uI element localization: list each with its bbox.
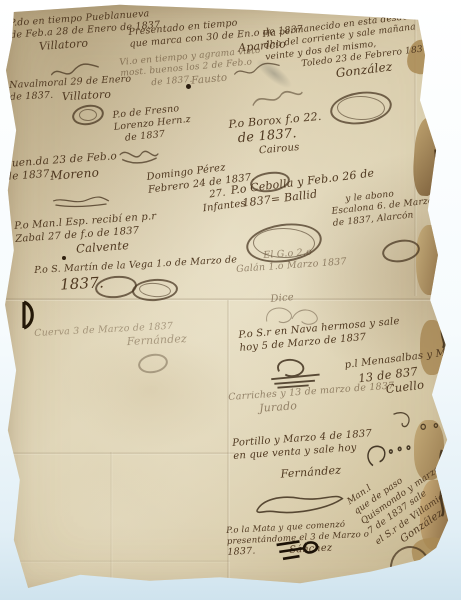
rubric-flourish bbox=[251, 489, 347, 520]
light-patch-stain bbox=[40, 470, 200, 570]
rubric-flourish bbox=[362, 440, 417, 472]
fold-crease-horizontal-left bbox=[0, 452, 235, 455]
rubric-flourish bbox=[388, 408, 443, 433]
annotation-fuensalida: Fuen.da 23 de Feb.o de 1837. Moreno bbox=[4, 150, 119, 187]
annotation-fresno: P.o de Fresno Lorenzo Hern.z de 1837 bbox=[112, 102, 193, 146]
annotation-borox: P.o Borox f.o 22. de 1837. Cairous bbox=[228, 110, 325, 160]
annotation-zabal: P.o Man.l Esp. recibí en p.r Zabal 27 de… bbox=[14, 211, 159, 260]
printed-fragment bbox=[439, 254, 449, 269]
rubric-flourish bbox=[328, 88, 394, 128]
signature: Fernández bbox=[280, 461, 375, 481]
signature: Moreno bbox=[50, 164, 119, 184]
document-scan: P.do en tiempo Pueblanueva de Feb.a 28 d… bbox=[0, 0, 461, 600]
torn-edge-chunk bbox=[416, 225, 446, 295]
printed-fragment bbox=[427, 35, 438, 49]
rubric-flourish bbox=[118, 146, 160, 164]
edge-ink-marks bbox=[438, 295, 448, 350]
manuscript-paper: P.do en tiempo Pueblanueva de Feb.a 28 d… bbox=[0, 0, 461, 600]
rubric-flourish bbox=[272, 538, 327, 564]
annotation-navalmoral: Navalmoral 29 de Enero de 1837. Villator… bbox=[9, 74, 132, 107]
fold-crease-horizontal-main bbox=[0, 298, 461, 301]
hw-line: Galán 1.o Marzo 1837 bbox=[236, 256, 347, 276]
ink-blot bbox=[20, 300, 38, 330]
annotation-portillo: Portillo y Marzo 4 de 1837 en que venta … bbox=[232, 428, 375, 484]
annotation-carriches: Carriches y 13 de marzo de 1837 Jurado bbox=[228, 380, 396, 417]
rubric-flourish bbox=[249, 85, 306, 111]
edge-ink-marks bbox=[442, 370, 452, 415]
rubric-flourish bbox=[71, 102, 106, 127]
printed-fragment bbox=[435, 150, 445, 169]
rubric-flourish bbox=[52, 195, 110, 207]
